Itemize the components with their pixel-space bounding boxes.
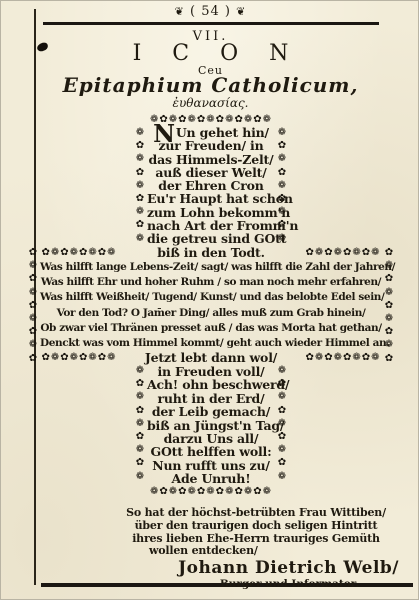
verse-line: Was hilfft Ehr und hoher Ruhm / so man n… bbox=[40, 275, 382, 290]
verse-line: zum Lohn bekomm'n bbox=[147, 206, 275, 219]
ornament-border-left: ✿❁✿❁✿❁✿❁✿ bbox=[26, 246, 40, 364]
cross-beam-top-border: ✿❁✿❁✿❁✿❁ biß in den Todt. ✿❁✿❁✿❁✿❁ bbox=[26, 246, 396, 259]
verse-line: das Himmels-Zelt/ bbox=[147, 153, 275, 166]
verse-line: Ach! ohn beschwerd/ bbox=[147, 378, 275, 391]
verse-line: Nun rufft uns zu/ bbox=[147, 459, 275, 472]
verse-line: Eu'r Haupt hat schon bbox=[147, 192, 275, 205]
page-number: ❦ ( 54 ) ❦ bbox=[1, 4, 419, 19]
verse-line: Ade Unruh! bbox=[147, 472, 275, 485]
cross-bottom-arm-text: in Freuden voll/ Ach! ohn beschwerd/ ruh… bbox=[147, 365, 275, 486]
ornament-segment-left: ✿❁✿❁✿❁✿❁ bbox=[26, 351, 132, 364]
signature: Johann Dietrich Welb/ bbox=[111, 559, 401, 578]
ornament-segment-right: ✿❁✿❁✿❁✿❁ bbox=[290, 246, 396, 259]
signature-title: Burger und Informator. bbox=[111, 578, 401, 590]
verse-line: Was hilfft Weißheit/ Tugend/ Kunst/ und … bbox=[40, 290, 382, 305]
book-page: ❦ ( 54 ) ❦ VII. I C O N Ceu Epitaphium C… bbox=[0, 0, 419, 600]
verse-line: ruht in der Erd/ bbox=[147, 392, 275, 405]
verse-line: der Ehren Cron bbox=[147, 179, 275, 192]
verse-line: NUn gehet hin/ bbox=[147, 126, 275, 139]
greek-subtitle: ἐυθανασίας. bbox=[1, 96, 419, 110]
verse-line: zur Freuden/ in bbox=[147, 139, 275, 152]
verse-line: darzu Uns all/ bbox=[147, 432, 275, 445]
page-number-text: ( 54 ) bbox=[190, 4, 231, 19]
ornament-segment-left: ✿❁✿❁✿❁✿❁ bbox=[26, 246, 132, 259]
verse-line: Jetzt lebt dann wol/ bbox=[132, 351, 290, 364]
cross-top-arm-text: NUn gehet hin/ zur Freuden/ in das Himme… bbox=[147, 126, 275, 246]
main-title: Epitaphium Catholicum, bbox=[1, 73, 419, 97]
verse-line: GOtt helffen woll: bbox=[147, 445, 275, 458]
fleuron-left-icon: ❦ bbox=[175, 5, 185, 18]
page-title: I C O N bbox=[1, 41, 419, 66]
verse-line: Vor den Tod? O Jam̄er Ding/ alles muß zu… bbox=[40, 306, 382, 321]
verse-line: in Freuden voll/ bbox=[147, 365, 275, 378]
fleuron-right-icon: ❦ bbox=[236, 5, 246, 18]
cross-beam-bottom-border: ✿❁✿❁✿❁✿❁ Jetzt lebt dann wol/ ✿❁✿❁✿❁✿❁ bbox=[26, 351, 396, 364]
verse-line: Was hilfft lange Lebens-Zeit/ sagt/ was … bbox=[40, 260, 382, 275]
header-rule bbox=[43, 22, 379, 25]
colophon-line: So hat der höchst-betrübten Frau Wittibe… bbox=[111, 507, 401, 520]
verse-line: auß dieser Welt/ bbox=[147, 166, 275, 179]
colophon: So hat der höchst-betrübten Frau Wittibe… bbox=[111, 507, 401, 590]
verse-line: der Leib gemach/ bbox=[147, 405, 275, 418]
colophon-line: über den traurigen doch seligen Hintritt bbox=[111, 520, 401, 533]
verse-line: die getreu sind GOtt bbox=[147, 232, 275, 245]
verse-line: biß in den Todt. bbox=[132, 246, 290, 259]
ornament-border-bottom: ❁✿❁✿❁✿❁✿❁✿❁✿❁ bbox=[134, 485, 288, 498]
verse-line: nach Art der Fromm'n bbox=[147, 219, 275, 232]
ornament-border-left: ❁✿❁✿❁✿❁✿❁ bbox=[133, 364, 147, 485]
colophon-line: wollen entdecken/ bbox=[111, 545, 401, 558]
ornament-border-left: ❁✿❁✿❁✿❁✿❁ bbox=[133, 126, 147, 246]
ornament-segment-right: ✿❁✿❁✿❁✿❁ bbox=[290, 351, 396, 364]
verse-line: biß an Jüngst'n Tag/ bbox=[147, 419, 275, 432]
cross-beam-text: Was hilfft lange Lebens-Zeit/ sagt/ was … bbox=[40, 260, 382, 351]
verse-line: Denckt was vom Himmel kommt/ geht auch w… bbox=[40, 336, 382, 351]
verse-line: Ob zwar viel Thränen presset auß / das w… bbox=[40, 321, 382, 336]
